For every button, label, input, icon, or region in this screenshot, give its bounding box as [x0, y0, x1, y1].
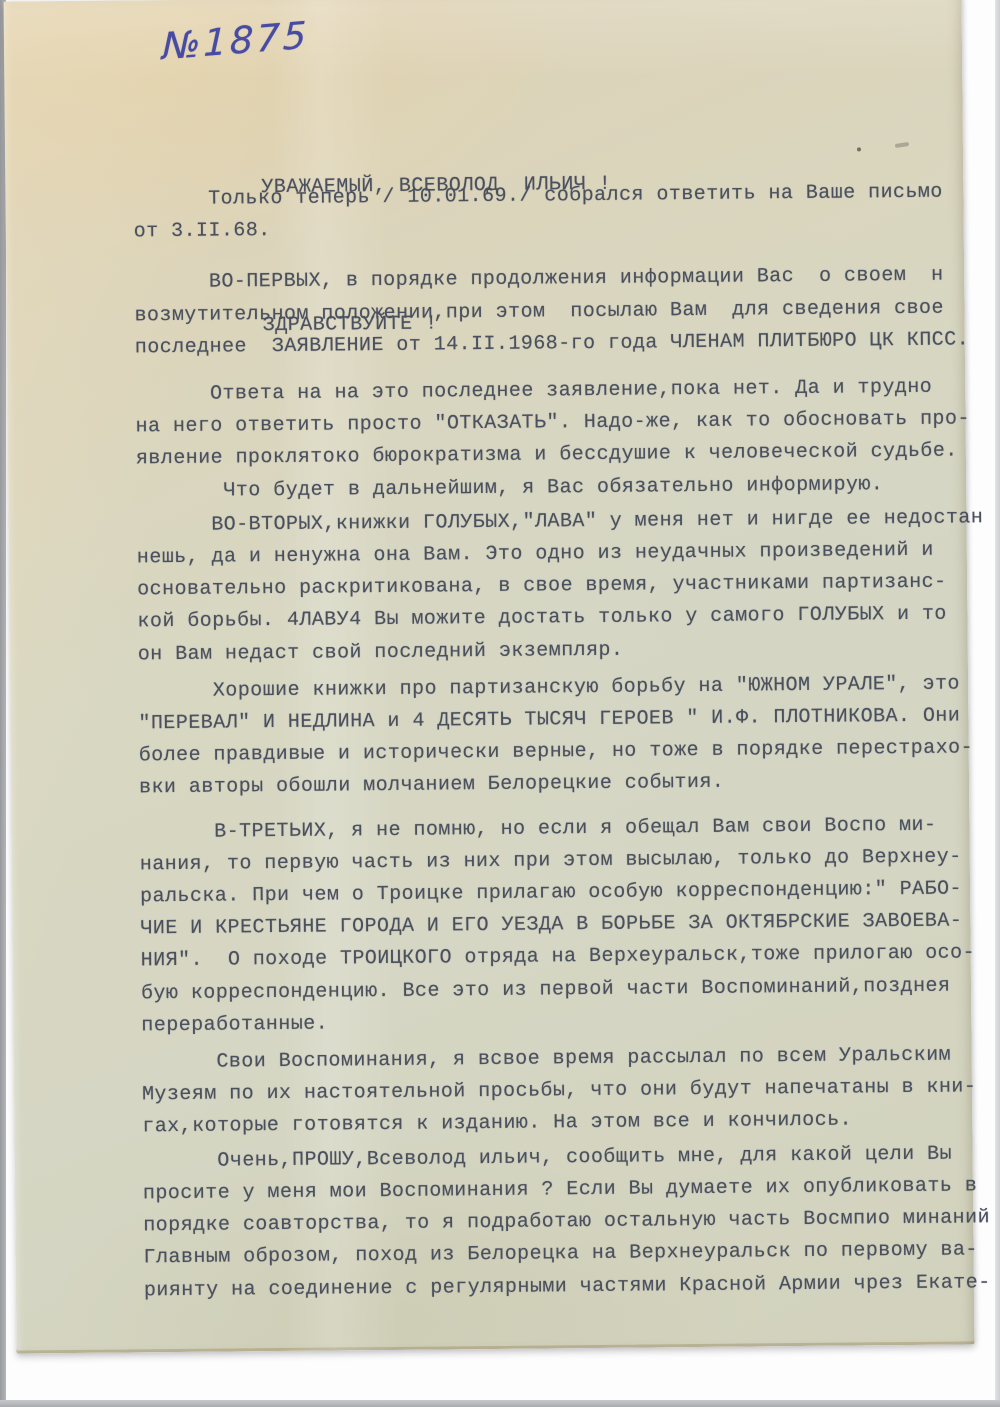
typed-line: гах,которые готовятся к изданию. На этом…	[142, 1104, 989, 1144]
typed-line: вки авторы обошли молчанием Белорецкие с…	[139, 765, 986, 805]
typed-line: от 3.II.68.	[134, 208, 981, 248]
ink-smudge	[895, 142, 909, 148]
letter-body: Только теперь / 10.01.69./ собрался отве…	[133, 176, 990, 1307]
archive-number-handwritten: №1875	[162, 13, 310, 68]
paragraph: Хорошие книжки про партизанскую борьбу н…	[138, 668, 986, 805]
paragraph: Только теперь / 10.01.69./ собрался отве…	[133, 176, 980, 249]
ink-speck	[857, 147, 861, 151]
scan-edge-bottom	[0, 1400, 1000, 1407]
paragraph: Ответа на на это последнее заявление,пок…	[135, 371, 983, 508]
paragraph: В-ТРЕТЬИХ, я не помню, но если я обещал …	[139, 809, 988, 1043]
paragraph: Свои Воспоминания, я всвое время рассыла…	[142, 1039, 990, 1144]
paragraph: ВО-ВТОРЫХ,книжки ГОЛУБЫХ,"ЛАВА" у меня н…	[136, 502, 984, 671]
typed-line: переработанные.	[141, 1002, 988, 1042]
paragraph: Очень,ПРОШУ,Всеволод ильич, сообщить мне…	[143, 1138, 991, 1307]
scan-edge-right	[995, 0, 1000, 1407]
letter-page: №1875 УВАЖАЕМЫЙ, ВСЕВОЛОД ИЛЬИЧ ! ЗДРАВС…	[4, 0, 975, 1354]
paragraph: ВО-ПЕРВЫХ, в порядке продолжения информа…	[134, 260, 982, 365]
